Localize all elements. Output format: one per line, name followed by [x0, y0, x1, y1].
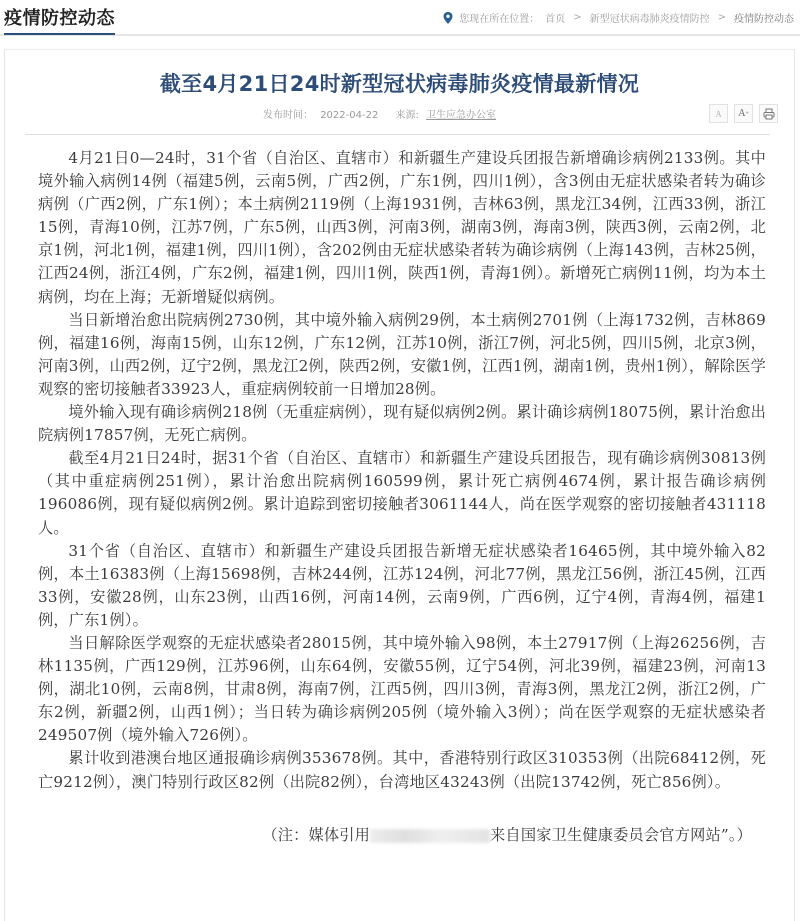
- article-tools: A A+: [709, 104, 778, 123]
- article-title: 截至4月21日24时新型冠状病毒肺炎疫情最新情况: [5, 68, 794, 98]
- paragraph-asymptomatic-new: 31个省（自治区、直辖市）和新疆生产建设兵团报告新增无症状感染者16465例，其…: [38, 540, 766, 632]
- font-smaller-icon: A: [715, 109, 722, 119]
- breadcrumb: 您现在所在位置： 首页 > 新型冠状病毒肺炎疫情防控 > 疫情防控动态: [443, 10, 794, 25]
- header-divider: [25, 134, 770, 135]
- note-prefix: （注：媒体引用: [262, 826, 370, 844]
- print-icon: [763, 108, 775, 120]
- publish-date: 2022-04-22: [320, 110, 378, 121]
- breadcrumb-location-label: 您现在所在位置：: [459, 10, 539, 25]
- paragraph-cumulative: 截至4月21日24时，据31个省（自治区、直辖市）和新疆生产建设兵团报告，现有确…: [38, 447, 766, 539]
- redacted-region: [370, 829, 490, 843]
- article-meta: 发布时间： 2022-04-22 来源: 卫生应急办公室: [263, 106, 496, 121]
- paragraph-asymptomatic-released: 当日解除医学观察的无症状感染者28015例，其中境外输入98例，本土27917例…: [38, 632, 766, 747]
- font-smaller-button[interactable]: A: [709, 104, 728, 123]
- print-button[interactable]: [759, 104, 778, 123]
- section-title: 疫情防控动态: [4, 8, 115, 35]
- source-note: （注：媒体引用来自国家卫生健康委员会官方网站”。）: [38, 824, 766, 847]
- article-body: 4月21日0—24时，31个省（自治区、直辖市）和新疆生产建设兵团报告新增确诊病…: [38, 147, 766, 847]
- note-suffix: 来自国家卫生健康委员会官方网站”。）: [490, 826, 752, 844]
- paragraph-hk-macao-taiwan: 累计收到港澳台地区通报确诊病例353678例。其中，香港特别行政区310353例…: [38, 747, 766, 793]
- location-pin-icon: [443, 12, 453, 24]
- source-label: 来源:: [396, 110, 419, 121]
- paragraph-recovered: 当日新增治愈出院病例2730例，其中境外输入病例29例，本土病例2701例（上海…: [38, 309, 766, 401]
- font-larger-icon: A: [738, 108, 745, 119]
- breadcrumb-separator: >: [573, 12, 581, 23]
- paragraph-imported: 境外输入现有确诊病例218例（无重症病例），现有疑似病例2例。累计确诊病例180…: [38, 401, 766, 447]
- top-bar: 疫情防控动态 您现在所在位置： 首页 > 新型冠状病毒肺炎疫情防控 > 疫情防控…: [0, 0, 800, 36]
- font-larger-button[interactable]: A+: [734, 104, 753, 123]
- breadcrumb-covid-prevention[interactable]: 新型冠状病毒肺炎疫情防控: [590, 10, 710, 25]
- publish-label: 发布时间：: [263, 110, 313, 121]
- source-value: 卫生应急办公室: [426, 110, 496, 121]
- article: 截至4月21日24时新型冠状病毒肺炎疫情最新情况 发布时间： 2022-04-2…: [4, 49, 795, 921]
- breadcrumb-current[interactable]: 疫情防控动态: [734, 10, 794, 25]
- breadcrumb-home[interactable]: 首页: [545, 10, 565, 25]
- breadcrumb-separator: >: [718, 12, 726, 23]
- paragraph-new-confirmed: 4月21日0—24时，31个省（自治区、直辖市）和新疆生产建设兵团报告新增确诊病…: [38, 147, 766, 309]
